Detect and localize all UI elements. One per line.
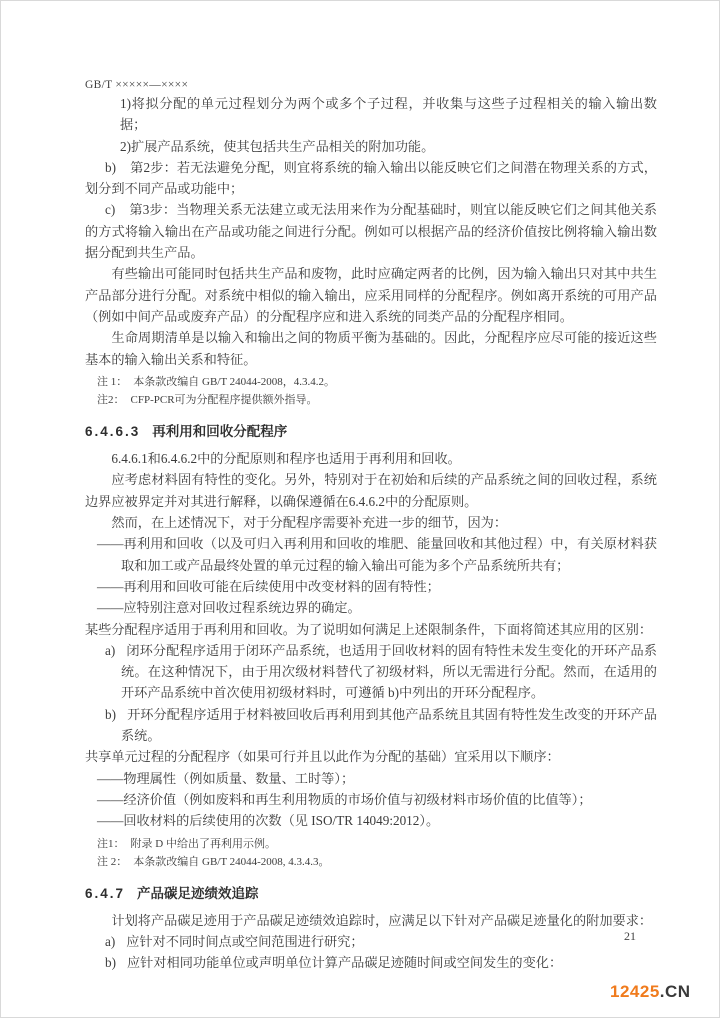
- lettered-list-item: b)第2步：若无法避免分配，则宜将系统的输入输出以能反映它们之间潜在物理关系的方…: [85, 157, 657, 200]
- paragraph: 有些输出可能同时包括共生产品和废物，此时应确定两者的比例，因为输入输出只对其中共…: [85, 263, 657, 327]
- dash-list-item: ——经济价值（例如废料和再生利用物质的市场价值与初级材料市场价值的比值等）；: [85, 789, 657, 810]
- dash-list-item: ——再利用和回收可能在后续使用中改变材料的固有特性；: [85, 576, 657, 597]
- notes-group: 注 1：本条款改编自 GB/T 24044-2008，4.3.4.2。 注2：C…: [85, 373, 657, 410]
- note-label: 注1：: [97, 838, 125, 850]
- note-text: CFP-PCR可为分配程序提供额外指导。: [131, 394, 318, 406]
- paragraph: 共享单元过程的分配程序（如果可行并且以此作为分配的基础）宜采用以下顺序：: [85, 746, 657, 767]
- list-item-text: 第2步：若无法避免分配，则宜将系统的输入输出以能反映它们之间潜在物理关系的方式，…: [85, 160, 657, 196]
- paragraph: 应考虑材料固有特性的变化。另外，特别对于在初始和后续的产品系统之间的回收过程，系…: [85, 469, 657, 512]
- paragraph: 某些分配程序适用于再利用和回收。为了说明如何满足上述限制条件，下面将简述其应用的…: [85, 619, 657, 640]
- list-item-label: a): [105, 643, 115, 658]
- note-text: 本条款改编自 GB/T 24044-2008，4.3.4.2。: [133, 376, 335, 388]
- watermark-primary: 12425: [610, 982, 660, 1001]
- list-item-text: 应针对不同时间点或空间范围进行研究；: [126, 934, 363, 949]
- section-heading-6-4-7: 6.4.7产品碳足迹绩效追踪: [85, 883, 657, 904]
- lettered-list-item: b)开环分配程序适用于材料被回收后再利用到其他产品系统且其固有特性发生改变的开环…: [85, 704, 657, 747]
- lettered-list-item: a)应针对不同时间点或空间范围进行研究；: [85, 931, 657, 952]
- watermark: 12425.CN: [610, 982, 691, 1002]
- dash-list-item: ——应特别注意对回收过程系统边界的确定。: [85, 597, 657, 618]
- list-item-text: 应针对相同功能单位或声明单位计算产品碳足迹随时间或空间发生的变化：: [127, 955, 562, 970]
- note: 注 1：本条款改编自 GB/T 24044-2008，4.3.4.2。: [85, 373, 657, 392]
- document-body: 1)将拟分配的单元过程划分为两个或多个子过程，并收集与这些子过程相关的输入输出数…: [85, 93, 657, 974]
- section-number: 6.4.6.3: [85, 424, 140, 439]
- note-label: 注 1：: [97, 376, 127, 388]
- lettered-list-item: a)闭环分配程序适用于闭环产品系统，也适用于回收材料的固有特性未发生变化的开环产…: [85, 640, 657, 704]
- note-label: 注 2：: [97, 856, 127, 868]
- note-text: 附录 D 中给出了再利用示例。: [131, 838, 276, 850]
- note: 注1：附录 D 中给出了再利用示例。: [85, 835, 657, 854]
- dash-list-item: ——回收材料的后续使用的次数（见 ISO/TR 14049:2012）。: [85, 810, 657, 831]
- list-item-text: 第3步：当物理关系无法建立或无法用来作为分配基础时，则宜以能反映它们之间其他关系…: [85, 202, 657, 260]
- note-text: 本条款改编自 GB/T 24044-2008, 4.3.4.3。: [133, 856, 329, 868]
- page-number: 21: [624, 929, 636, 944]
- section-heading-6-4-6-3: 6.4.6.3再利用和回收分配程序: [85, 421, 657, 442]
- list-item-label: b): [105, 955, 116, 970]
- document-page: { "page": { "running_header": "GB/T ××××…: [0, 0, 720, 1018]
- watermark-secondary: .CN: [660, 982, 691, 1001]
- paragraph: 然而，在上述情况下，对于分配程序需要补充进一步的细节，因为：: [85, 512, 657, 533]
- dash-list-item: ——再利用和回收（以及可归入再利用和回收的堆肥、能量回收和其他过程）中，有关原材…: [85, 533, 657, 576]
- note-label: 注2：: [97, 394, 125, 406]
- section-number: 6.4.7: [85, 886, 125, 901]
- notes-group: 注1：附录 D 中给出了再利用示例。 注 2：本条款改编自 GB/T 24044…: [85, 835, 657, 872]
- paragraph: 计划将产品碳足迹用于产品碳足迹绩效追踪时，应满足以下针对产品碳足迹量化的附加要求…: [85, 910, 657, 931]
- section-title: 再利用和回收分配程序: [152, 424, 287, 439]
- list-item-text: 闭环分配程序适用于闭环产品系统，也适用于回收材料的固有特性未发生变化的开环产品系…: [121, 643, 657, 701]
- dash-list-item: ——物理属性（例如质量、数量、工时等）；: [85, 768, 657, 789]
- numbered-sub-item: 1)将拟分配的单元过程划分为两个或多个子过程，并收集与这些子过程相关的输入输出数…: [120, 93, 657, 136]
- paragraph: 生命周期清单是以输入和输出之间的物质平衡为基础的。因此，分配程序应尽可能的接近这…: [85, 327, 657, 370]
- list-item-label: b): [105, 707, 116, 722]
- list-item-label: a): [105, 934, 115, 949]
- note: 注 2：本条款改编自 GB/T 24044-2008, 4.3.4.3。: [85, 853, 657, 872]
- numbered-sub-item: 2)扩展产品系统，使其包括共生产品相关的附加功能。: [120, 136, 657, 157]
- lettered-list-item: c)第3步：当物理关系无法建立或无法用来作为分配基础时，则宜以能反映它们之间其他…: [85, 199, 657, 263]
- list-item-label: b): [105, 160, 116, 175]
- paragraph: 6.4.6.1和6.4.6.2中的分配原则和程序也适用于再利用和回收。: [85, 448, 657, 469]
- running-header-standard-number: GB/T ×××××—××××: [85, 79, 188, 91]
- list-item-label: c): [105, 202, 115, 217]
- note: 注2：CFP-PCR可为分配程序提供额外指导。: [85, 391, 657, 410]
- lettered-list-item: b)应针对相同功能单位或声明单位计算产品碳足迹随时间或空间发生的变化：: [85, 952, 657, 973]
- list-item-text: 开环分配程序适用于材料被回收后再利用到其他产品系统且其固有特性发生改变的开环产品…: [121, 707, 657, 743]
- section-title: 产品碳足迹绩效追踪: [137, 886, 259, 901]
